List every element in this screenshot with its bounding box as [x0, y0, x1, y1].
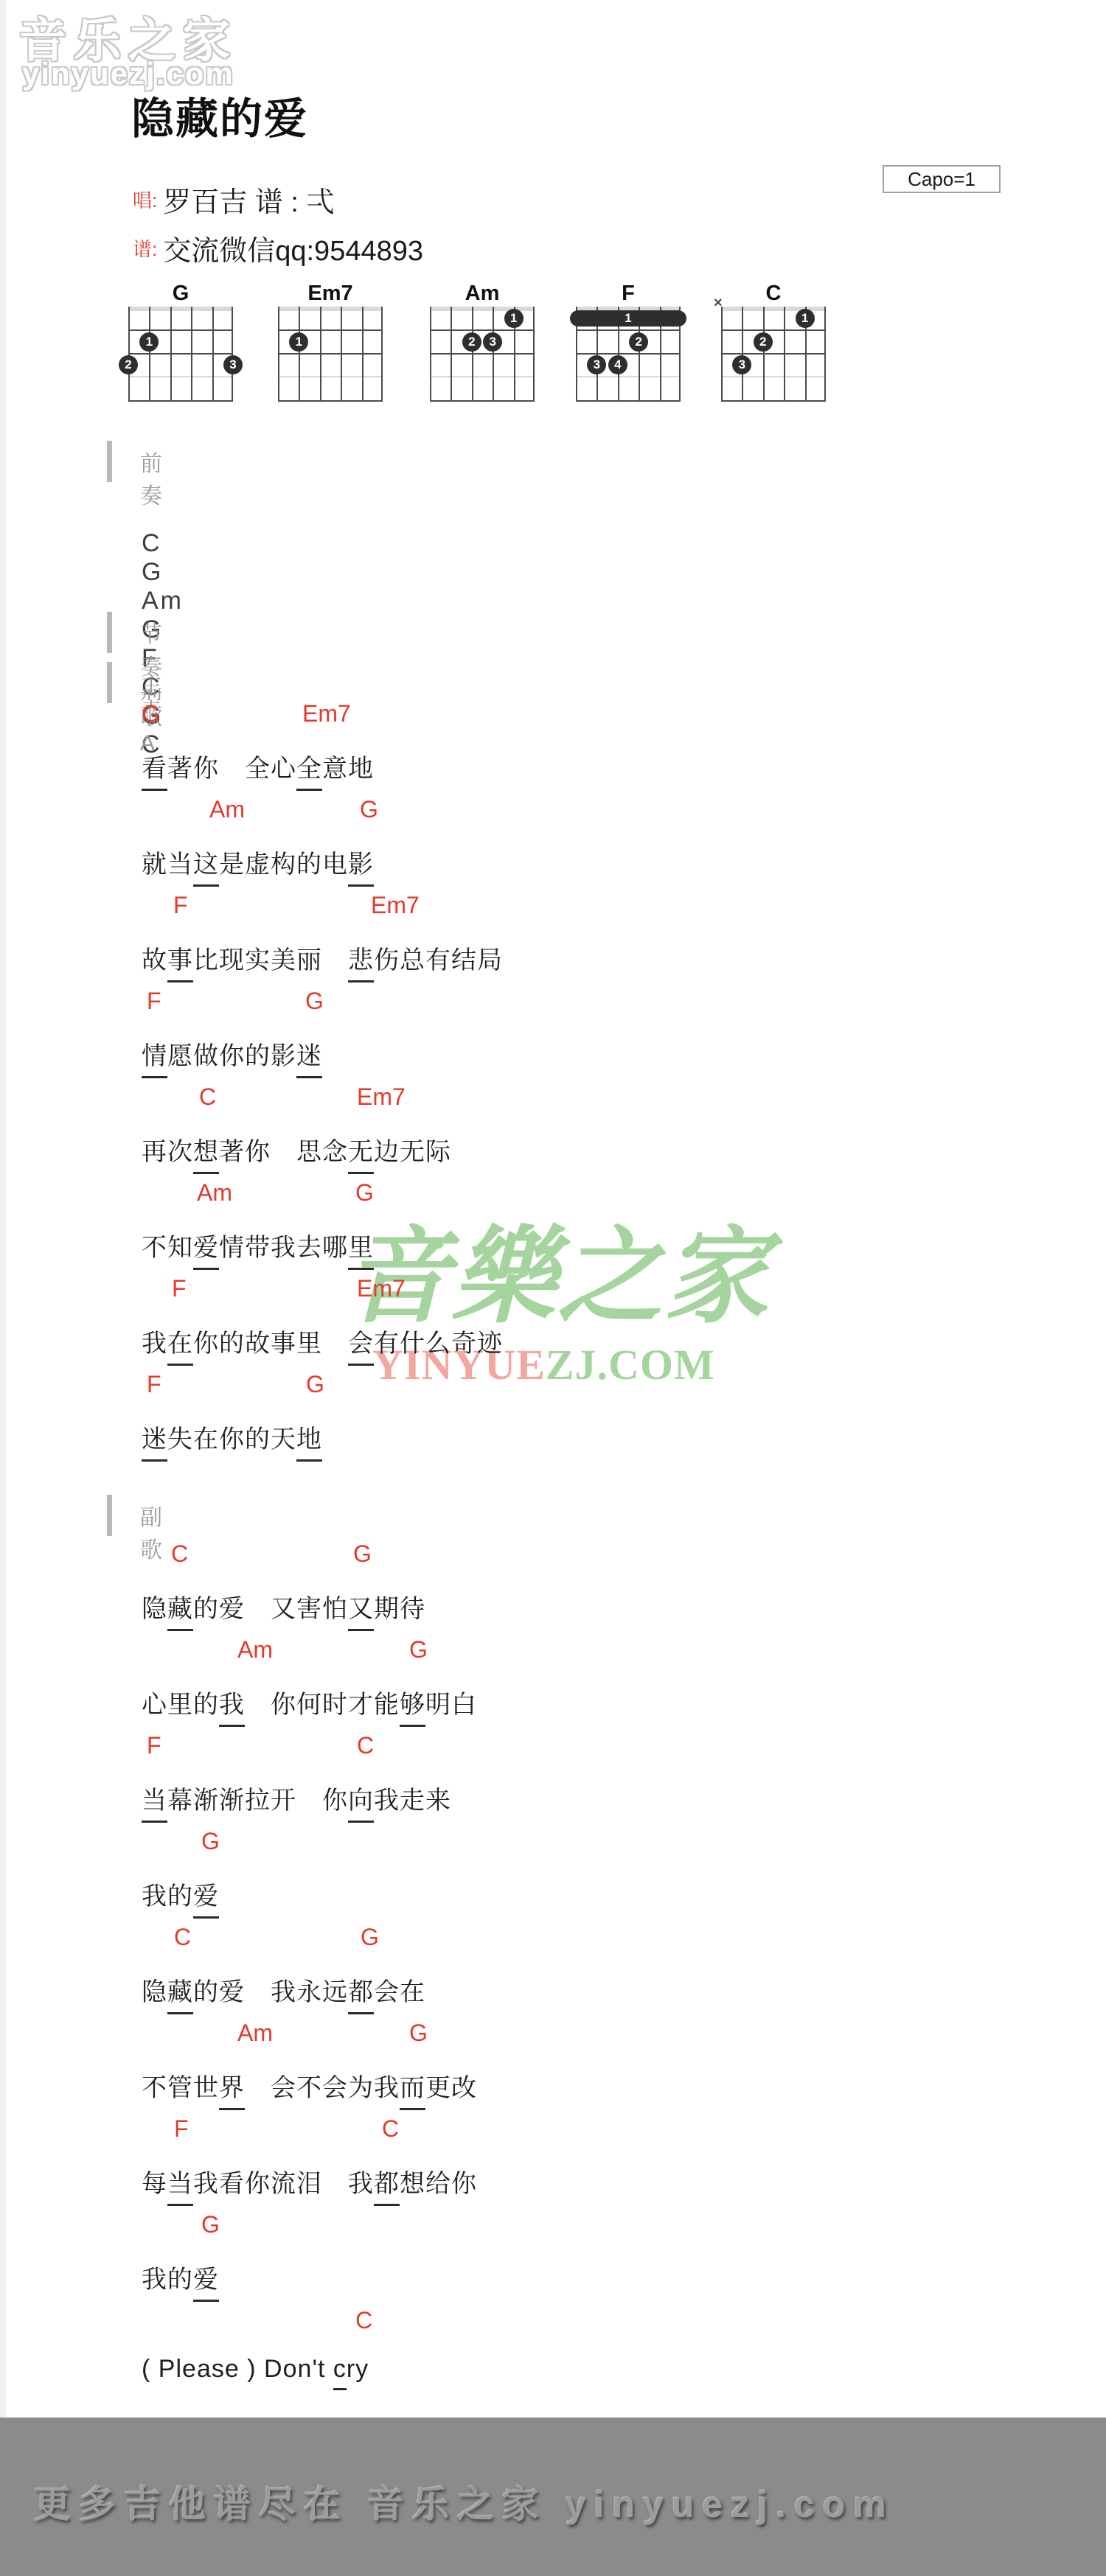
lyric-char: 都 — [374, 2163, 400, 2206]
lyric-char: 情 — [219, 1227, 245, 1268]
lyric-char: 你 — [219, 1419, 245, 1459]
chord-label: Em7 — [302, 700, 351, 727]
lyric-char: 的 — [245, 1036, 271, 1076]
diagram-string — [493, 307, 494, 400]
lyric-char: 每 — [142, 2163, 167, 2204]
finger-dot: 3 — [483, 332, 502, 352]
lyric-char: 做 — [193, 1036, 219, 1076]
lyric-char: t — [318, 2355, 325, 2388]
lyric-char: 怕 — [322, 1588, 348, 1629]
chord-diagram-name: G — [128, 282, 233, 306]
lyric-char: 心 — [271, 748, 296, 789]
lyric-char: 会 — [374, 1972, 400, 2012]
lyric-char: 迹 — [477, 1323, 503, 1364]
lyric-char: 天 — [271, 1419, 296, 1459]
finger-dot: 3 — [732, 355, 751, 374]
lyric-char: 有 — [374, 1323, 400, 1364]
lyric-char: 爱 — [219, 1972, 245, 2012]
diagram-string — [824, 307, 826, 400]
chord-label: G — [142, 700, 160, 727]
chord-label: F — [147, 1732, 161, 1759]
diagram-string — [278, 307, 279, 400]
finger-dot: 4 — [608, 355, 627, 374]
lyric-char: 我 — [142, 1323, 167, 1364]
lyric-char: 现 — [219, 940, 245, 980]
chord-label: C — [174, 1924, 191, 1951]
lyric-char: 情 — [142, 1036, 167, 1078]
lyric-char: 的 — [245, 1419, 271, 1459]
lyric-char: 事 — [271, 1323, 296, 1364]
chord-label: G — [360, 796, 378, 823]
finger-dot: 2 — [119, 355, 138, 374]
lyric-char: 就 — [142, 844, 167, 884]
lyric-line: 故事比现实美丽 悲伤总有结局 — [142, 940, 503, 982]
lyric-char: 悲 — [348, 940, 374, 982]
lyric-char — [296, 1780, 322, 1821]
chord-label: Am — [209, 796, 245, 823]
lyric-char: 我 — [271, 1972, 296, 2012]
lyric-line: 心里的我 你何时才能够明白 — [142, 1684, 477, 1727]
chord-diagram-name: Am — [430, 282, 535, 306]
intro-section-bar — [107, 441, 112, 482]
lyric-char: 带 — [245, 1227, 271, 1268]
chord-diagram-C: C×123 — [721, 307, 826, 402]
lyric-char: 事 — [167, 940, 193, 982]
lyric-char — [150, 2355, 158, 2388]
lyric-char: 改 — [451, 2067, 477, 2108]
lyric-char — [271, 1131, 296, 1172]
lyric-char: 去 — [296, 1227, 322, 1268]
lyric-char: 故 — [245, 1323, 271, 1364]
chord-label: C — [357, 1732, 374, 1759]
lyric-line: 我的爱 — [142, 1876, 219, 1919]
lyric-char: D — [264, 2355, 283, 2388]
chord-label: G — [355, 1179, 374, 1207]
chord-diagram-F: F1234 — [576, 307, 681, 402]
chord-label: G — [353, 1540, 372, 1568]
lyric-char: 我 — [374, 2067, 400, 2108]
lyric-char: 思 — [296, 1131, 322, 1172]
chord-label: F — [147, 988, 161, 1015]
lyric-char: 我 — [348, 2163, 374, 2204]
lyric-char: 念 — [322, 1131, 348, 1172]
lyric-char: 故 — [142, 940, 167, 980]
lyric-line: 再次想著你 思念无边无际 — [142, 1131, 451, 1174]
lyric-char: e — [225, 2355, 240, 2388]
lyric-char: 爱 — [193, 1227, 219, 1270]
lyric-char: 想 — [400, 2163, 425, 2204]
lyric-char: 来 — [425, 1780, 451, 1821]
chord-label: Em7 — [357, 1083, 406, 1111]
singer-text: 罗百吉 谱 : 弌 — [163, 187, 334, 218]
intro-section-label: 前奏 — [140, 445, 164, 510]
diagram-string — [362, 307, 364, 400]
finger-dot: 1 — [289, 332, 308, 352]
lyric-char — [245, 1684, 271, 1725]
lyric-char: 失 — [167, 1419, 193, 1459]
chord-diagram-name: F — [576, 282, 681, 306]
singer-info-row: 唱:罗百吉 谱 : 弌 — [133, 179, 334, 220]
lyric-char: 走 — [400, 1780, 425, 1821]
lyric-char: 电 — [322, 844, 348, 884]
lyric-char: 时 — [322, 1684, 348, 1725]
diagram-string — [533, 307, 535, 400]
lyric-char — [245, 1972, 271, 2012]
lyric-char: 渐 — [193, 1780, 219, 1821]
lyric-char — [257, 2355, 264, 2388]
lyric-char: 能 — [374, 1684, 400, 1725]
lyric-char: 里 — [296, 1323, 322, 1364]
lyric-line: 不管世界 会不会为我而更改 — [142, 2067, 477, 2110]
footer-text: 更多吉他谱尽在 音乐之家 yinyuezj.com — [34, 2475, 894, 2528]
lyric-char: 的 — [193, 1684, 219, 1725]
lyric-char: 你 — [193, 748, 219, 789]
lyric-char: 隐 — [142, 1588, 167, 1629]
lyric-line: 我在你的故事里 会有什么奇迹 — [142, 1323, 503, 1366]
lyric-line: 就当这是虚构的电影 — [142, 844, 374, 887]
lyric-char: 的 — [219, 1323, 245, 1364]
diagram-string — [763, 307, 765, 400]
song-title: 隐藏的爱 — [131, 84, 308, 146]
chord-label: F — [174, 2115, 189, 2143]
lyric-char: 你 — [271, 1684, 296, 1725]
lyric-line: 当幕渐渐拉开 你向我走来 — [142, 1780, 451, 1823]
lyric-char: 看 — [219, 2163, 245, 2204]
diagram-string — [149, 307, 150, 400]
lyric-char: 无 — [348, 1131, 374, 1174]
lyric-char: 心 — [142, 1684, 167, 1725]
lyric-char: 又 — [348, 1588, 374, 1631]
diagram-string — [299, 307, 300, 400]
diagram-fret-line — [721, 329, 826, 331]
chord-label: G — [361, 1924, 379, 1951]
lyric-line: 看著你 全心全意地 — [142, 748, 374, 791]
lyric-char — [219, 748, 245, 789]
lyric-char: 想 — [193, 1131, 219, 1174]
lyric-char: ' — [312, 2355, 318, 2388]
lyric-char: 更 — [425, 2067, 451, 2108]
lyric-char: 的 — [167, 2259, 193, 2300]
diagram-fret-line — [128, 376, 233, 377]
lyric-char: n — [298, 2355, 313, 2388]
diagram-fret-line — [721, 376, 826, 377]
lyric-char: 么 — [425, 1323, 451, 1364]
lyric-char — [245, 1588, 271, 1629]
diagram-fret-line — [278, 376, 383, 377]
diagram-string — [472, 307, 473, 400]
diagram-fret-line — [430, 329, 535, 331]
chord-label: G — [201, 1828, 220, 1855]
lyric-char: 知 — [167, 1227, 193, 1268]
chord-label: G — [306, 1371, 324, 1398]
lyric-char — [322, 1323, 348, 1364]
rhythm-section-bar — [107, 612, 112, 653]
diagram-fret-line — [576, 376, 681, 377]
lyric-char: 地 — [296, 1419, 322, 1462]
lyric-char: 里 — [167, 1684, 193, 1725]
lyric-char: o — [283, 2355, 298, 2388]
diagram-fret-line — [576, 353, 681, 355]
lyric-char: 爱 — [193, 2259, 219, 2302]
lyric-char: 永 — [296, 1972, 322, 2012]
lyric-char: 在 — [193, 1419, 219, 1459]
lyric-char: r — [347, 2355, 355, 2388]
lyric-char: 流 — [271, 2163, 296, 2204]
chord-label: F — [147, 1371, 161, 1398]
arranger-text: 交流微信qq:9544893 — [163, 236, 423, 267]
lyric-char: 爱 — [219, 1588, 245, 1629]
lyric-char: 才 — [348, 1684, 374, 1725]
lyric-char: 你 — [193, 1323, 219, 1364]
diagram-string — [721, 307, 723, 400]
lyric-char: 愿 — [167, 1036, 193, 1076]
lyric-char: 是 — [219, 844, 245, 884]
diagram-string — [128, 307, 130, 400]
chord-diagram-Em7: Em71 — [278, 307, 383, 402]
lyric-char: ) — [247, 2355, 256, 2388]
lyric-char: 总 — [400, 940, 425, 980]
lyric-char: 何 — [296, 1684, 322, 1725]
diagram-fret-line — [128, 329, 233, 331]
chorus-section-bar — [107, 1495, 112, 1536]
lyric-char: 白 — [451, 1684, 477, 1725]
diagram-string — [430, 307, 431, 400]
lyric-line: 我的爱 — [142, 2259, 219, 2302]
lyric-char: 不 — [142, 2067, 167, 2108]
lyric-char — [245, 2067, 271, 2108]
lyric-char: 开 — [271, 1780, 296, 1821]
lyric-char: 期 — [374, 1588, 400, 1629]
lyric-char: 什 — [400, 1323, 425, 1364]
diagram-fret-line — [576, 329, 681, 331]
page-left-gutter — [0, 0, 6, 2418]
finger-dot: 1 — [796, 309, 815, 328]
chord-label: Am — [237, 1636, 273, 1664]
lyric-line: 迷失在你的天地 — [142, 1419, 322, 1462]
verse-section-bar — [107, 662, 112, 703]
chord-label: C — [199, 1083, 216, 1111]
diagram-string — [191, 307, 192, 400]
chord-label: Em7 — [357, 1275, 406, 1302]
lyric-char: 都 — [348, 1972, 374, 2014]
lyric-char: 的 — [193, 1588, 219, 1629]
lyric-char: 影 — [271, 1036, 296, 1076]
arranger-label: 谱: — [133, 238, 157, 260]
lyric-char: 你 — [245, 2163, 271, 2204]
chord-label: G — [409, 1636, 428, 1664]
watermark-domain-green: ZJ.COM — [546, 1341, 715, 1389]
barre-marker: 1 — [570, 310, 686, 327]
finger-dot: 1 — [504, 309, 524, 328]
lyric-char: c — [333, 2355, 347, 2390]
lyric-char: 虚 — [245, 844, 271, 884]
lyric-char: 的 — [193, 1972, 219, 2012]
lyric-char: 不 — [296, 2067, 322, 2108]
lyric-char: 远 — [322, 1972, 348, 2012]
lyric-char — [240, 2355, 247, 2388]
lyric-char: 在 — [167, 1323, 193, 1366]
diagram-fret-line — [430, 376, 535, 377]
lyric-char: 意 — [322, 748, 348, 789]
lyric-char: 藏 — [167, 1588, 193, 1631]
lyric-char: 拉 — [245, 1780, 271, 1821]
lyric-char: 世 — [193, 2067, 219, 2108]
chord-label: Am — [197, 1179, 232, 1207]
chord-diagram-G: G123 — [128, 307, 233, 402]
lyric-char: a — [197, 2355, 212, 2388]
chord-label: C — [382, 2115, 399, 2143]
chord-label: G — [305, 988, 324, 1015]
finger-dot: 2 — [462, 332, 481, 352]
chord-label: Em7 — [371, 892, 420, 919]
arranger-info-row: 谱:交流微信qq:9544893 — [133, 228, 423, 268]
diagram-string — [341, 307, 342, 400]
lyric-char: 地 — [348, 748, 374, 789]
lyric-char: 给 — [425, 2163, 451, 2204]
finger-dot: 2 — [629, 332, 648, 352]
lyric-char: 迷 — [142, 1419, 167, 1462]
lyric-char: 隐 — [142, 1972, 167, 2012]
lyric-char: 幕 — [167, 1780, 193, 1821]
lyric-char: 我 — [142, 1876, 167, 1916]
lyric-char: 丽 — [296, 940, 322, 980]
lyric-char: 爱 — [193, 1876, 219, 1919]
muted-string-icon: × — [714, 295, 723, 312]
lyric-char: 美 — [271, 940, 296, 980]
lyric-char: 我 — [271, 1227, 296, 1268]
lyric-char: 比 — [193, 940, 219, 980]
lyric-char: 你 — [322, 1780, 348, 1821]
lyric-char: 奇 — [451, 1323, 477, 1364]
lyric-char: 管 — [167, 2067, 193, 2108]
lyric-char: 里 — [348, 1227, 374, 1270]
lyric-char: 我 — [142, 2259, 167, 2300]
lyric-char: 际 — [425, 1131, 451, 1172]
diagram-string — [232, 307, 233, 400]
lyric-char — [322, 940, 348, 980]
lyric-char: 而 — [400, 2067, 425, 2110]
lyric-line: 隐藏的爱 我永远都会在 — [142, 1972, 425, 2014]
lyric-char: 又 — [271, 1588, 296, 1629]
lyric-char: y — [355, 2355, 369, 2388]
finger-dot: 3 — [587, 355, 606, 374]
finger-dot: 1 — [139, 332, 159, 352]
diagram-fret-line — [128, 353, 233, 355]
chord-label: G — [201, 2211, 220, 2238]
chord-sheet-page: 音乐之家 yinyuezj.com 隐藏的爱 唱:罗百吉 谱 : 弌 谱:交流微… — [0, 0, 1106, 2576]
lyric-char: 局 — [477, 940, 503, 980]
lyric-line: 不知爱情带我去哪里 — [142, 1227, 374, 1270]
lyric-line: 隐藏的爱 又害怕又期待 — [142, 1588, 425, 1631]
lyric-char: 渐 — [219, 1780, 245, 1821]
lyric-char: 有 — [425, 940, 451, 980]
lyric-char: 次 — [167, 1131, 193, 1172]
lyric-char: 会 — [271, 2067, 296, 2108]
lyric-char: 看 — [142, 748, 167, 791]
lyric-char: 迷 — [296, 1036, 322, 1078]
lyric-char: 我 — [374, 1780, 400, 1821]
diagram-string — [742, 307, 743, 400]
lyric-char: 构 — [271, 844, 296, 884]
lyric-char: 待 — [400, 1588, 425, 1629]
chorus-section-label: 副歌 — [140, 1499, 164, 1564]
finger-dot: 3 — [223, 355, 243, 374]
lyric-line: ( Please ) Don't cry — [142, 2355, 369, 2390]
lyric-char: 会 — [322, 2067, 348, 2108]
lyric-char: 影 — [348, 844, 374, 887]
lyric-char: 当 — [142, 1780, 167, 1823]
lyric-char: 全 — [245, 748, 271, 789]
chord-label: C — [355, 2307, 372, 2334]
lyric-char: 著 — [167, 748, 193, 789]
lyric-char: 的 — [167, 1876, 193, 1916]
lyric-char: 为 — [348, 2067, 374, 2108]
lyric-char: 这 — [193, 844, 219, 887]
lyric-char: 你 — [451, 2163, 477, 2204]
diagram-string — [784, 307, 785, 400]
diagram-string — [381, 307, 383, 400]
chord-diagram-name: Em7 — [278, 282, 383, 306]
chord-label: C — [171, 1540, 188, 1568]
lyric-char: 在 — [400, 1972, 425, 2012]
lyric-char: 不 — [142, 1227, 167, 1268]
lyric-char: 你 — [245, 1131, 271, 1172]
lyric-line: 情愿做你的影迷 — [142, 1036, 322, 1078]
diagram-nut — [128, 307, 233, 311]
lyric-char: 藏 — [167, 1972, 193, 2014]
lyric-char: 无 — [400, 1131, 425, 1172]
chord-diagram-Am: Am123 — [430, 307, 535, 402]
diagram-string — [212, 307, 214, 400]
chord-label: F — [173, 892, 188, 919]
diagram-string — [320, 307, 321, 400]
diagram-string — [170, 307, 172, 400]
lyric-char: 界 — [219, 2067, 245, 2110]
lyric-char: 伤 — [374, 940, 400, 980]
lyric-char: 够 — [400, 1684, 425, 1727]
lyric-char: 明 — [425, 1684, 451, 1725]
lyric-char: 向 — [348, 1780, 374, 1823]
watermark-cjk: 音樂之家 — [345, 1193, 770, 1343]
lyric-char: 我 — [193, 2163, 219, 2204]
finger-dot: 2 — [754, 332, 773, 352]
lyric-char: s — [212, 2355, 225, 2388]
lyric-char: 的 — [296, 844, 322, 884]
diagram-fret-line — [430, 353, 535, 355]
footer-bar: 更多吉他谱尽在 音乐之家 yinyuezj.com — [0, 2418, 1106, 2576]
lyric-char: l — [175, 2355, 182, 2388]
chord-label: F — [172, 1275, 187, 1302]
lyric-char: 我 — [219, 1684, 245, 1727]
lyric-char: ( — [142, 2355, 150, 2388]
lyric-char: 著 — [219, 1131, 245, 1172]
lyric-char: P — [159, 2355, 176, 2388]
lyric-char: 当 — [167, 2163, 193, 2206]
chord-label: G — [409, 2020, 428, 2047]
singer-label: 唱: — [133, 189, 157, 212]
lyric-line: 每当我看你流泪 我都想给你 — [142, 2163, 477, 2206]
chord-label: Am — [237, 2020, 273, 2047]
lyric-char: 结 — [451, 940, 477, 980]
diagram-fret-line — [278, 353, 383, 355]
diagram-fret-line — [278, 329, 383, 331]
chord-diagram-name: C — [721, 282, 826, 306]
lyric-char — [322, 2163, 348, 2204]
diagram-fret-line — [721, 353, 826, 355]
capo-badge: Capo=1 — [883, 165, 1001, 193]
lyric-char: 实 — [245, 940, 271, 980]
lyric-char: 全 — [296, 748, 322, 791]
